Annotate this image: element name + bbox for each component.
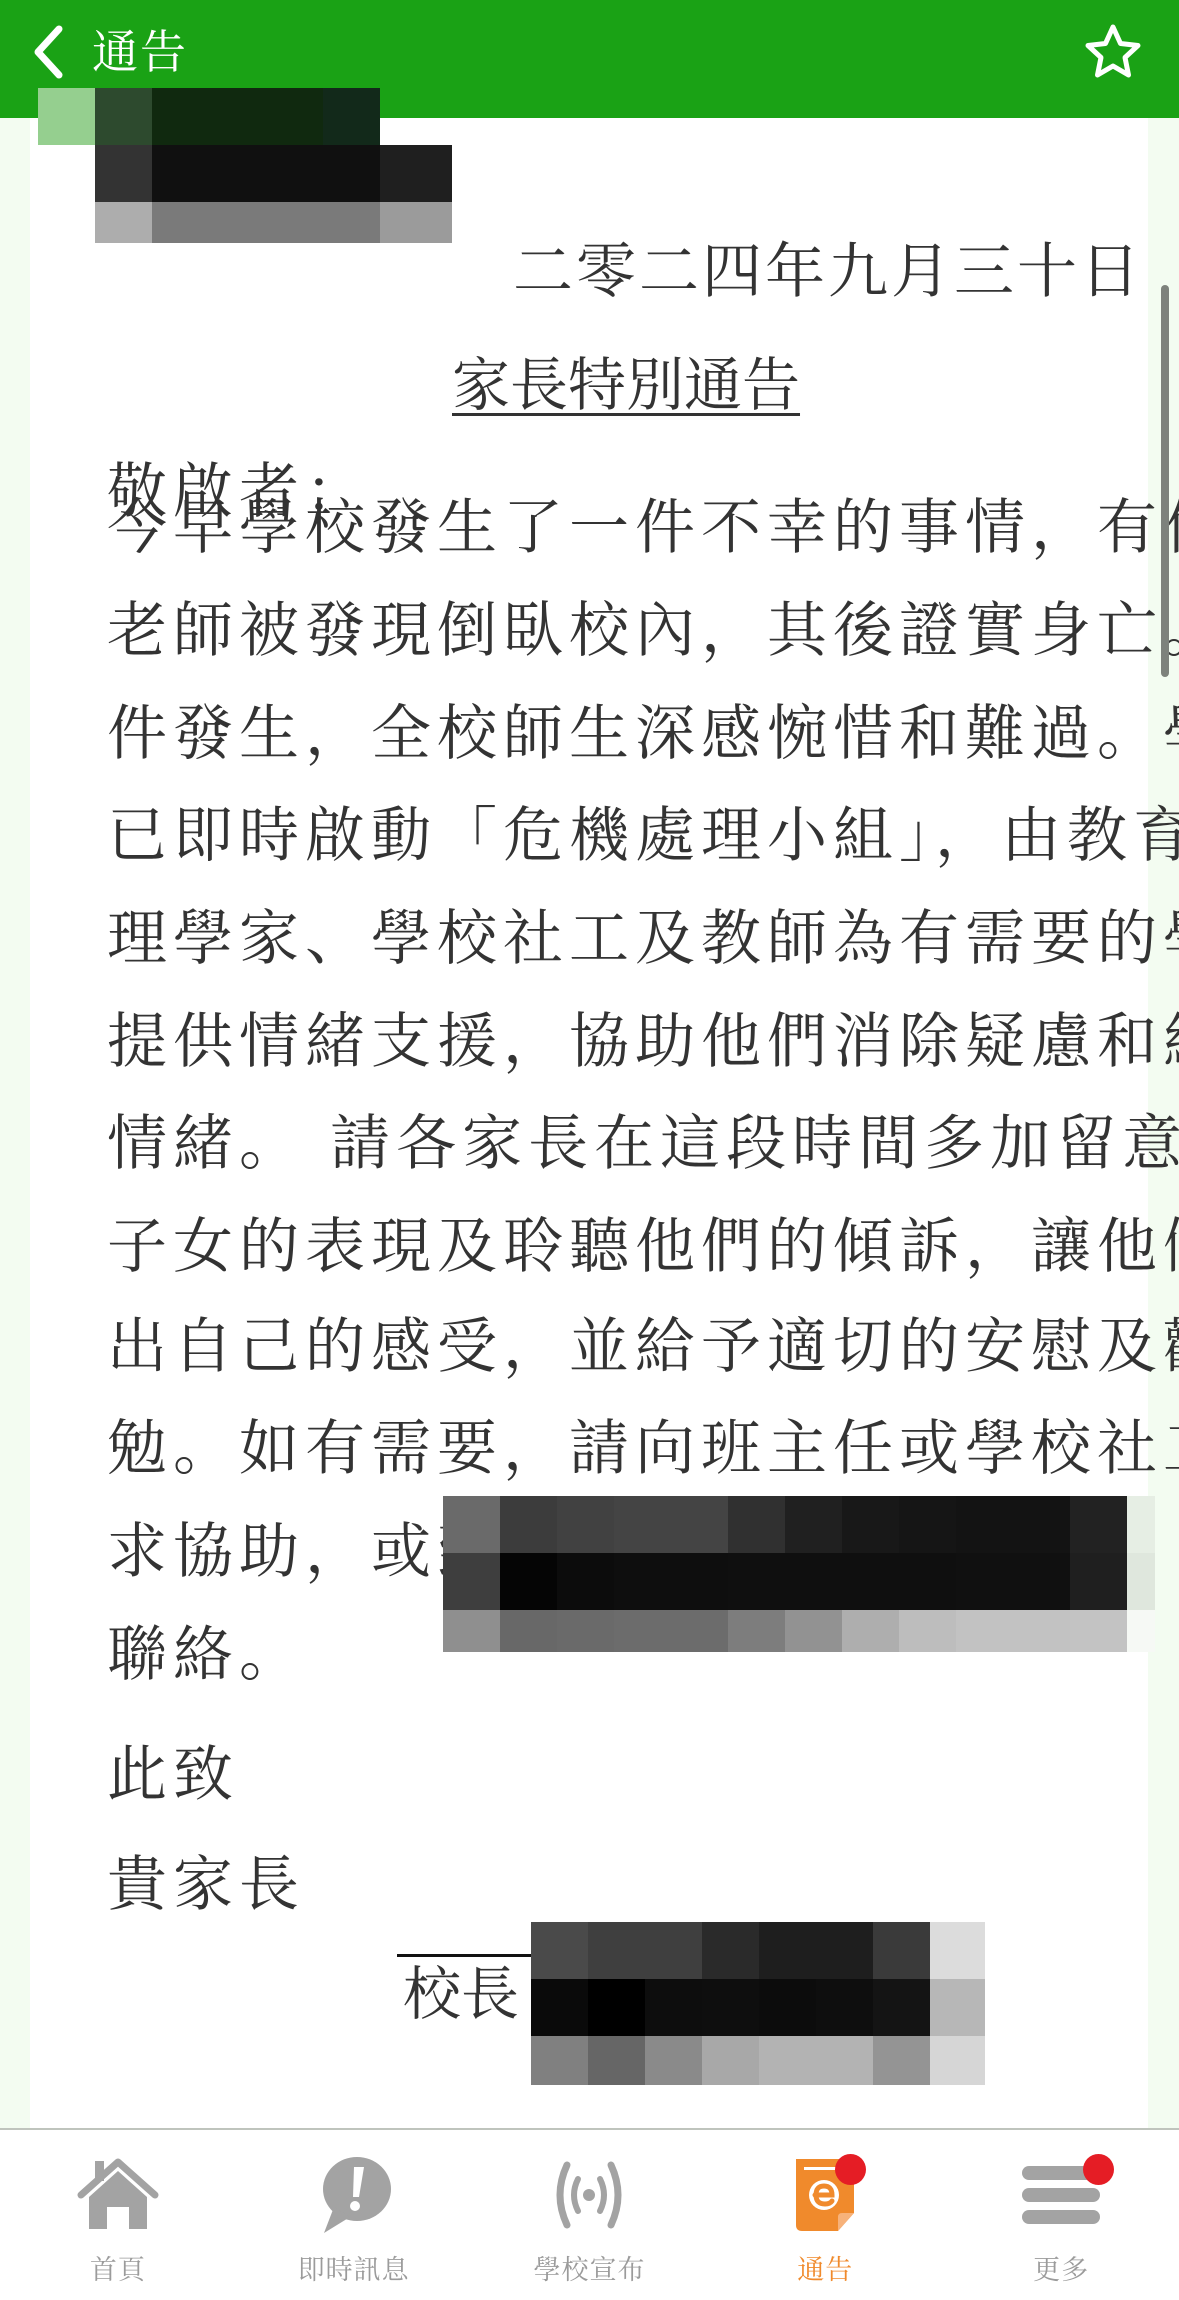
broadcast-icon <box>549 2157 629 2233</box>
body-line: 子女的表現及聆聽他們的傾訴，讓他們說 <box>107 1207 1179 1287</box>
body-line: 情緒。 請各家長在這段時間多加留意 貴 <box>107 1104 1179 1184</box>
message-alert-icon <box>314 2155 394 2235</box>
notice-title: 家長特別通告 <box>452 345 800 425</box>
star-outline-icon <box>1083 23 1143 81</box>
body-line: 出自己的感受，並給予適切的安慰及勸 <box>107 1307 1179 1387</box>
redacted-school-name <box>38 88 452 243</box>
nav-label: 首頁 <box>90 2248 146 2287</box>
nav-item-notices[interactable]: 通告 <box>707 2130 943 2300</box>
body-line: 勉。如有需要，請向班主任或學校社工尋 <box>107 1409 1179 1489</box>
body-line: 今早學校發生了一件不幸的事情，有代課 <box>107 488 1179 568</box>
notification-badge <box>835 2154 866 2185</box>
nav-item-more[interactable]: 更多 <box>943 2130 1179 2300</box>
nav-label: 即時訊息 <box>298 2248 410 2287</box>
nav-item-school-announcements[interactable]: 學校宣布 <box>472 2130 708 2300</box>
nav-item-instant-messages[interactable]: 即時訊息 <box>236 2130 472 2300</box>
notice-date: 二零二四年九月三十日 <box>513 232 1143 312</box>
closing-line: 此致 <box>107 1735 239 1815</box>
body-line: 理學家、學校社工及教師為有需要的學生 <box>107 899 1179 979</box>
nav-label: 學校宣布 <box>533 2248 645 2287</box>
recipient-line: 貴家長 <box>107 1845 305 1925</box>
favorite-button[interactable] <box>1077 16 1149 88</box>
signature-label: 校長 <box>403 1954 519 2034</box>
body-line: 提供情緒支援，協助他們消除疑慮和紓緩 <box>107 1002 1179 1082</box>
body-line: 已即時啟動「危機處理小組」，由教育心 <box>107 796 1179 876</box>
home-icon <box>75 2157 161 2233</box>
notification-badge <box>1083 2154 1114 2185</box>
nav-label: 通告 <box>797 2248 853 2287</box>
scrollbar[interactable] <box>1161 285 1169 677</box>
body-line: 老師被發現倒臥校內，其後證實身亡。事 <box>107 591 1179 671</box>
nav-label: 更多 <box>1033 2248 1089 2287</box>
page-title: 通告 <box>92 20 188 84</box>
body-line: 件發生，全校師生深感惋惜和難過。學校 <box>107 694 1179 774</box>
redacted-phone-number <box>443 1496 1155 1652</box>
chevron-left-icon <box>31 23 65 81</box>
body-line: 聯絡。 <box>107 1615 305 1695</box>
notice-document: 二零二四年九月三十日 家長特別通告 敬啟者： 今早學校發生了一件不幸的事情，有代… <box>30 118 1148 2129</box>
nav-item-home[interactable]: 首頁 <box>0 2130 236 2300</box>
back-button[interactable] <box>22 20 74 84</box>
bottom-nav: 首頁 即時訊息 學校宣布 <box>0 2128 1179 2300</box>
redacted-principal-name <box>531 1922 985 2085</box>
